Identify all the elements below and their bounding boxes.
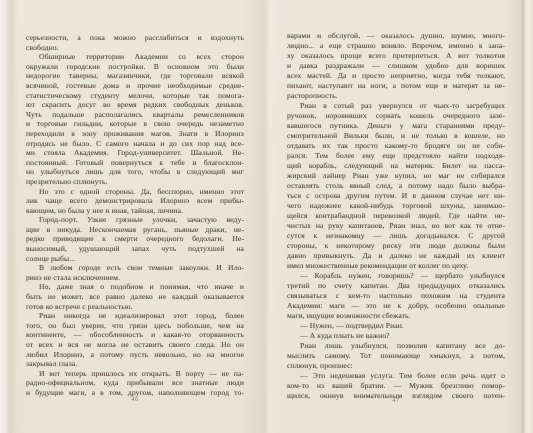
text-line: ху оказалось проще всего притерпеться. А… <box>287 51 505 61</box>
text-line: серьезности, а пока можно расслабиться и… <box>26 33 244 43</box>
text-line: людно... а еще страшно воняло. Впрочем, … <box>287 41 505 51</box>
text-line: готов ко встрече с реальностью. <box>26 302 244 312</box>
text-line: всячиной, гостевые дома и прочие необход… <box>26 81 244 91</box>
text-line: рался. Тем более ему еще предстояло найт… <box>287 151 505 161</box>
text-line: Академии: маги — это не к добру, особенн… <box>287 301 505 311</box>
text-line: В любом городе есть свои темные закоулки… <box>26 263 244 273</box>
left-page-text-column: серьезности, а пока можно расслабиться и… <box>26 33 244 398</box>
text-line: ться с острова другим путем. И в данном … <box>287 191 505 201</box>
text-line: Риан лишь улыбнулся, позволив капитану в… <box>287 341 505 351</box>
text-line: недорогие таверны, магазинчики, где торг… <box>26 71 244 81</box>
left-page-edge <box>0 0 18 433</box>
text-line: — Это недешевая услуга. Тем более если р… <box>287 371 505 381</box>
text-line: расторопность. <box>287 91 505 101</box>
text-line: щий корабль, следующий на материк. Билет… <box>287 161 505 171</box>
text-line: щие в никуда. Нескончаемая ругань, пьяны… <box>26 225 244 235</box>
right-page-number: 47 <box>287 397 505 404</box>
text-line: свободно. <box>26 43 244 53</box>
text-line: И вот теперь пришлось их открыть. В порт… <box>26 369 244 379</box>
text-line: — А куда плыть не важно? <box>287 331 505 341</box>
text-line: выносимый, удушающий запах чуть подтухше… <box>26 244 244 254</box>
text-line: статистическому студенту мелочи, которые… <box>26 91 244 101</box>
gutter-shadow <box>240 0 286 433</box>
text-line: быть не может, все равно далеко не кажды… <box>26 292 244 302</box>
text-line: варами и обслугой, — оказалось душно, шу… <box>287 31 505 41</box>
text-line: постоянный. Готовый повернуться к тебе и… <box>26 158 244 168</box>
text-line: оставлять столь явный след, а потому над… <box>287 181 505 191</box>
text-line: щейся контрабандной перевозкой людей. Гд… <box>287 211 505 221</box>
text-line: закрывал глаза. <box>26 359 244 369</box>
text-line: радно-официальном, куда прибывали все зн… <box>26 378 244 388</box>
text-line: отдавать их так просто какому-то бродяге… <box>287 141 505 151</box>
text-line: отродясь не было. С самого начала и до с… <box>26 139 244 149</box>
text-line: лик чаще всего демонстрировала Илоринэ в… <box>26 196 244 206</box>
text-line: имел множественные рекомендации от колле… <box>287 261 505 271</box>
book-spread: серьезности, а пока можно расслабиться и… <box>0 0 533 433</box>
text-line: любил Илоринэ, а потому пусть невольно, … <box>26 350 244 360</box>
text-line: ют скрасить досуг во время редких свобод… <box>26 100 244 110</box>
text-line: — Нужен, — подтвердил Риан. <box>287 321 505 331</box>
text-line: маги, ищущие возможности сбежать. <box>287 311 505 321</box>
text-line: ком-то из вашей братии. — Мужик брезглив… <box>287 381 505 391</box>
text-line: редко приводящие к смерти очередного бед… <box>26 234 244 244</box>
text-line: вающим, но была у нее и иная, тайная, ли… <box>26 206 244 216</box>
text-line: окружали городские постройки. В основном… <box>26 62 244 72</box>
text-line: ми стояла Академия. Город-университет. Ш… <box>26 148 244 158</box>
text-line: Город-порт. Узкие грязные улочки, зачаст… <box>26 215 244 225</box>
text-line: мыслить самому. Тот понимающе хмыкнул, а… <box>287 351 505 361</box>
text-line: Но это с одной стороны. Да, бесспорно, и… <box>26 187 244 197</box>
text-line: пихают, наступают на ноги, а потом еще и… <box>287 81 505 91</box>
text-line: ринэ не стала исключением. <box>26 273 244 283</box>
text-line: и торговые гильдии, которые в свою очере… <box>26 119 244 129</box>
text-line: и давка раздражали — слишком удобно для … <box>287 61 505 71</box>
text-line: Обширные территории Академии со всех сто… <box>26 52 244 62</box>
text-line: сплюнув, произнес: <box>287 361 505 371</box>
text-line: — Корабль нужен, говоришь? — щербато улы… <box>287 271 505 281</box>
text-line: презрительно сплюнуть. <box>26 177 244 187</box>
right-page-edge <box>503 0 533 433</box>
text-line: Чуть подальше располагались кварталы рем… <box>26 110 244 120</box>
text-line: жирский лайнер Риан уже купил, но маг не… <box>287 171 505 181</box>
text-line: давно привыкнуть. Да и далеко не каждый … <box>287 251 505 261</box>
text-line: стороны, к некоторому риску эти люди дол… <box>287 241 505 251</box>
text-line: ручонок, норовивших сорвать кошель очере… <box>287 111 505 121</box>
text-line: смотрительной Вильки были, и не только в… <box>287 131 505 141</box>
text-line: от всех и вся не могла не оставить своег… <box>26 340 244 350</box>
text-line: Но, даже зная о подобном и понимая, что … <box>26 282 244 292</box>
left-page-number: 46 <box>26 396 244 403</box>
text-line: но улыбнуться лишь для того, чтобы в сле… <box>26 167 244 177</box>
right-page-text-column: варами и обслугой, — оказалось душно, шу… <box>287 31 505 401</box>
text-line: Риан никогда не идеализировал этот город… <box>26 311 244 321</box>
text-line: чего надежнее какой-нибудь торговой шхун… <box>287 201 505 211</box>
text-line: чистых на руку капитанов, Риан знал, но … <box>287 221 505 231</box>
text-line: солнце рыбы... <box>26 254 244 264</box>
text-line: всех мастей. Да и просто неприятно, когд… <box>287 71 505 81</box>
text-line: третий по счету капитан. Два предыдущих … <box>287 281 505 291</box>
text-line: того, он был уверен, что грязи здесь поб… <box>26 321 244 331</box>
text-line: связываться с кем-то настолько похожим н… <box>287 291 505 301</box>
text-line: переходили в зону проживания магов. Знат… <box>26 129 244 139</box>
text-line: вавшегося путника. Деньги у мага старани… <box>287 121 505 131</box>
text-line: континенте, — обособленность и какая-то … <box>26 330 244 340</box>
text-line: сутся к незнакомцу — лишь догадывался. С… <box>287 231 505 241</box>
text-line: Риан в сотый раз увернулся от чьих-то за… <box>287 101 505 111</box>
